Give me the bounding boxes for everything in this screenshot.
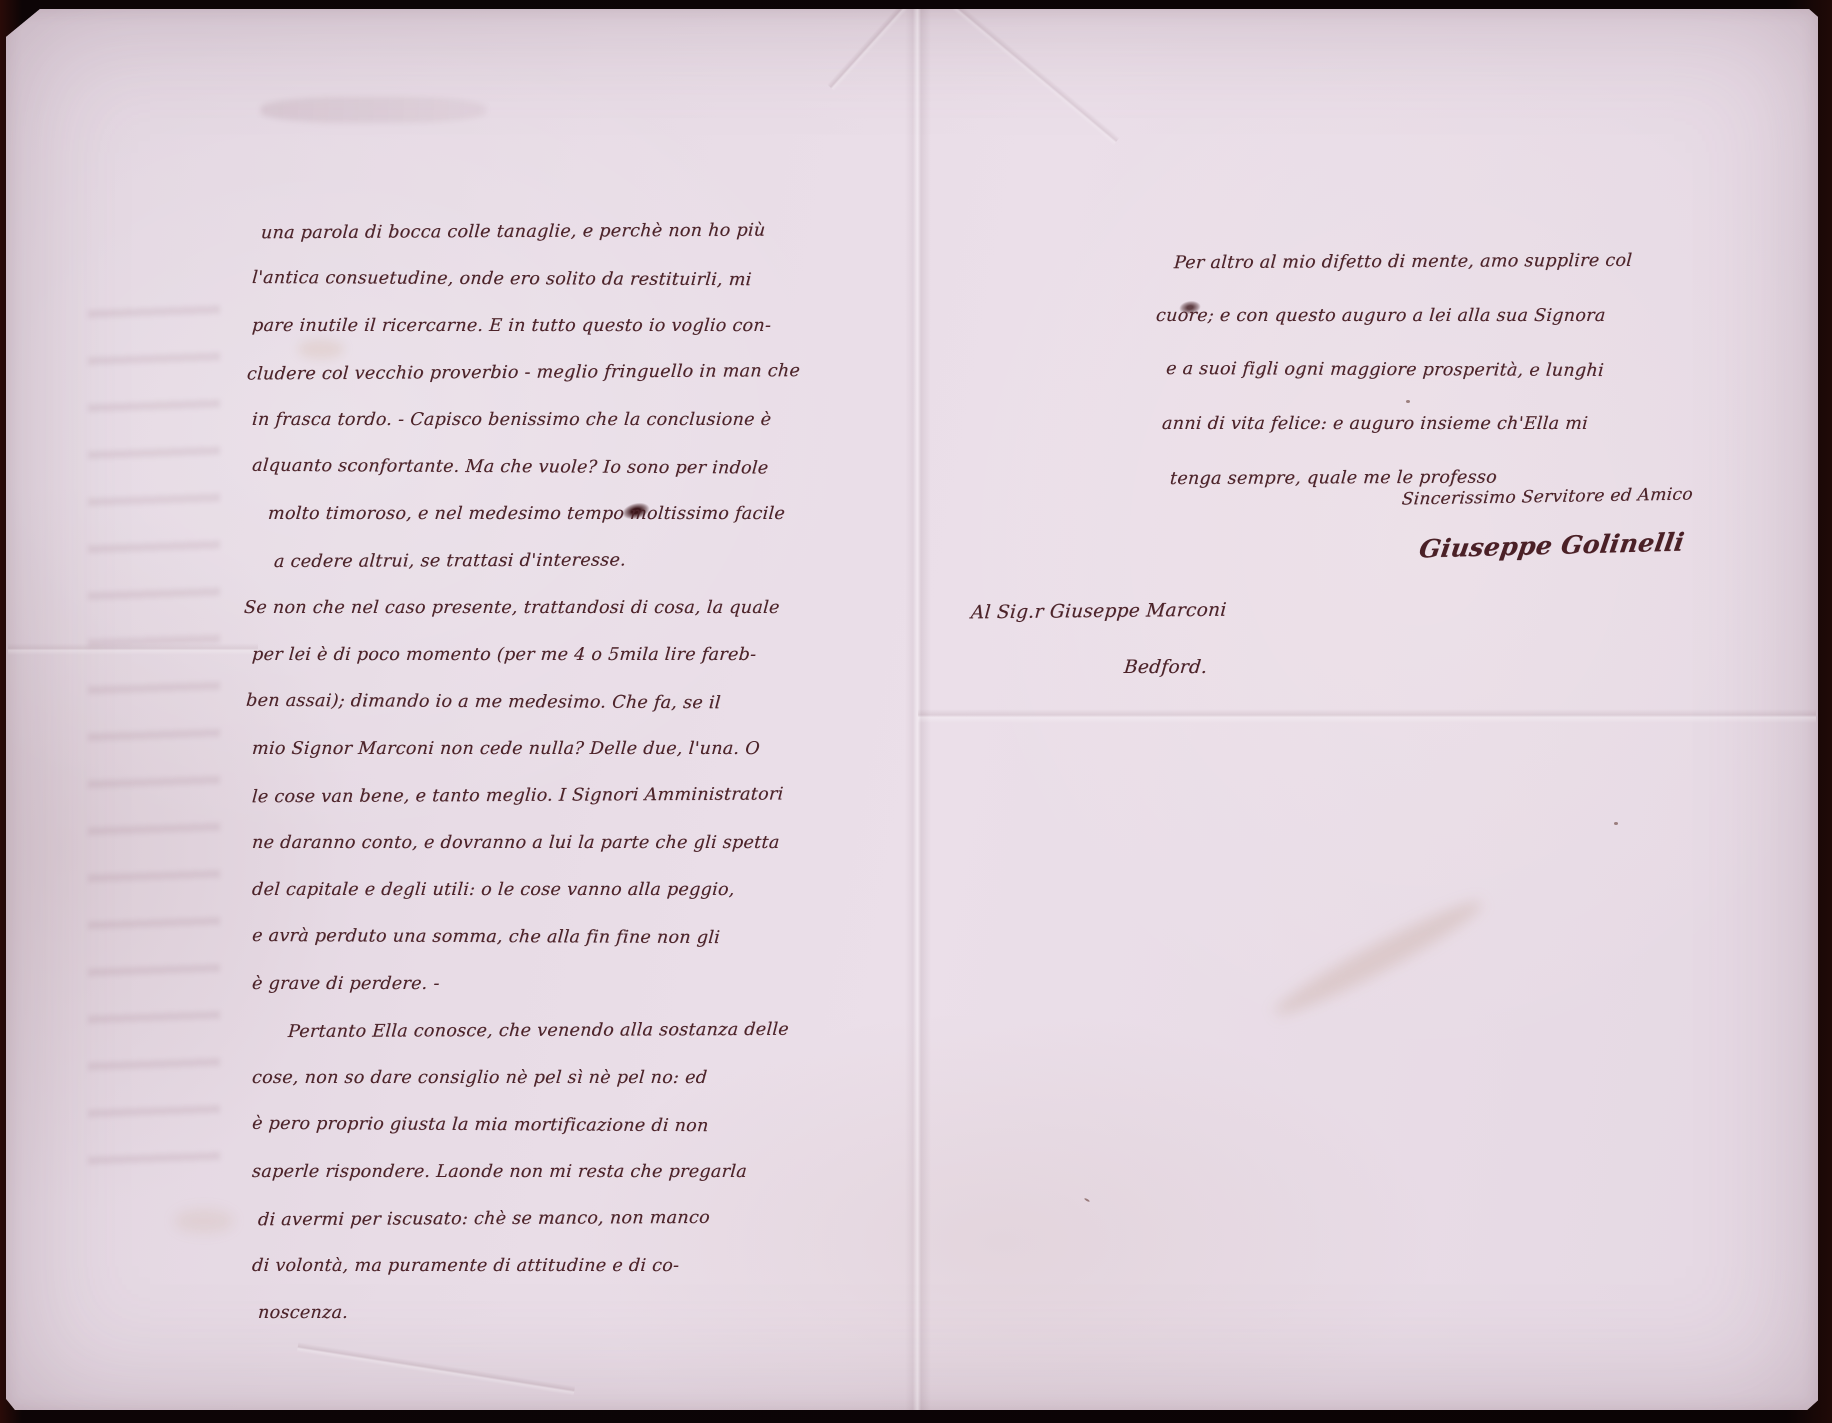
manuscript-line: cose, non so dare consiglio nè pel sì nè… xyxy=(250,1055,723,1102)
manuscript-line: anni di vita felice: e auguro insieme ch… xyxy=(1160,397,1628,451)
manuscript-line: del capitale e degli utili: o le cose va… xyxy=(250,867,723,914)
crease-horizontal-right-page xyxy=(918,709,1816,723)
crease-bottom-left xyxy=(297,1342,575,1396)
addressee-city: Bedford. xyxy=(1123,657,1208,678)
paper-speck xyxy=(1614,822,1618,825)
paper-speck xyxy=(1084,1198,1090,1203)
letter-page-right: Per altro al mio difetto di mente, amo s… xyxy=(1156,235,1626,505)
manuscript-line: una parola di bocca colle tanaglie, e pe… xyxy=(259,208,723,257)
manuscript-line: e avrà perduto una somma, che alla fin f… xyxy=(250,913,723,962)
addressee-line: Al Sig.r Giuseppe Marconi xyxy=(970,600,1227,624)
manuscript-line: a cedere altrui, se trattasi d'interesse… xyxy=(272,537,723,586)
manuscript-line: per lei è di poco momento (per me 4 o 5m… xyxy=(250,632,723,679)
manuscript-line: cuore; e con questo auguro a lei alla su… xyxy=(1154,289,1628,343)
crease-diagonal-right xyxy=(952,3,1119,146)
manuscript-line: le cose van bene, e tanto meglio. I Sign… xyxy=(250,772,723,821)
manuscript-line: Se non che nel caso presente, trattandos… xyxy=(242,585,723,632)
manuscript-line: ben assai); dimando io a me medesimo. Ch… xyxy=(244,678,723,727)
manuscript-line: e a suoi figli ogni maggiore prosperità,… xyxy=(1164,342,1628,398)
closing-salutation: Sincerissimo Servitore ed Amico xyxy=(1401,484,1694,509)
manuscript-line: cludere col vecchio proverbio - meglio f… xyxy=(245,349,723,399)
manuscript-line: Per altro al mio difetto di mente, amo s… xyxy=(1172,234,1628,290)
letter-sheet: una parola di bocca colle tanaglie, e pe… xyxy=(6,9,1818,1410)
manuscript-line: di volontà, ma puramente di attitudine e… xyxy=(250,1243,723,1290)
manuscript-line: molto timoroso, e nel medesimo tempo mol… xyxy=(266,491,723,538)
manuscript-line: noscenza. xyxy=(256,1290,723,1337)
show-through-ghost-text xyxy=(88,277,220,1182)
manuscript-line: di avermi per iscusato: chè se manco, no… xyxy=(256,1195,723,1244)
letter-page-left: una parola di bocca colle tanaglie, e pe… xyxy=(252,209,722,1337)
manuscript-line: saperle rispondere. Laonde non mi resta … xyxy=(250,1149,723,1196)
manuscript-line: alquanto sconfortante. Ma che vuole? Io … xyxy=(250,443,723,492)
manuscript-line: ne daranno conto, e dovranno a lui la pa… xyxy=(250,820,723,867)
manuscript-line: l'antica consuetudine, onde ero solito d… xyxy=(250,255,723,304)
signature: Giuseppe Golinelli xyxy=(1417,528,1686,564)
manuscript-line: è grave di perdere. - xyxy=(250,961,723,1008)
manuscript-line: Pertanto Ella conosce, che venendo alla … xyxy=(286,1007,723,1056)
manuscript-line: in frasca tordo. - Capisco benissimo che… xyxy=(250,397,723,444)
center-fold-crease xyxy=(905,9,931,1410)
manuscript-line: è pero proprio giusta la mia mortificazi… xyxy=(250,1101,723,1150)
manuscript-line: pare inutile il ricercarne. E in tutto q… xyxy=(250,303,723,350)
paper-stain xyxy=(174,1209,234,1233)
paper-stain xyxy=(1268,890,1489,1025)
manuscript-line: mio Signor Marconi non cede nulla? Delle… xyxy=(250,726,723,773)
show-through-ghost-dateline xyxy=(261,97,486,123)
